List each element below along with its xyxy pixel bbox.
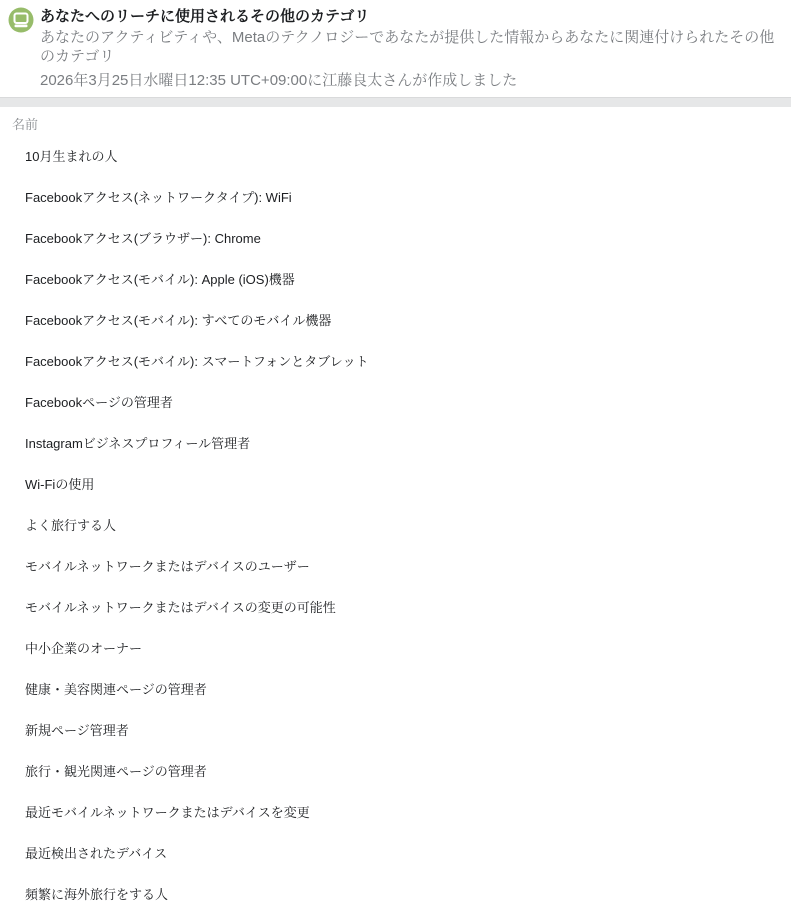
list-item-label: Facebookアクセス(モバイル): すべてのモバイル機器	[25, 310, 331, 329]
list-item-label: モバイルネットワークまたはデバイスのユーザー	[25, 556, 310, 575]
category-list: 10月生まれの人Facebookアクセス(ネットワークタイプ): WiFiFac…	[0, 135, 791, 914]
list-item-label: よく旅行する人	[25, 515, 116, 534]
page-description: あなたのアクティビティや、Metaのテクノロジーであなたが提供した情報からあなた…	[40, 28, 779, 66]
list-item: Facebookアクセス(モバイル): スマートフォンとタブレット	[0, 340, 791, 381]
list-item-label: Wi-Fiの使用	[25, 474, 94, 493]
list-item: Facebookアクセス(ブラウザー): Chrome	[0, 217, 791, 258]
monitor-icon	[8, 7, 34, 38]
list-item: Facebookアクセス(ネットワークタイプ): WiFi	[0, 176, 791, 217]
list-item: 頻繁に海外旅行をする人	[0, 873, 791, 914]
list-item: 旅行・観光関連ページの管理者	[0, 750, 791, 791]
list-item: モバイルネットワークまたはデバイスの変更の可能性	[0, 586, 791, 627]
list-item-label: Facebookアクセス(モバイル): スマートフォンとタブレット	[25, 351, 369, 370]
list-item-label: Facebookアクセス(モバイル): Apple (iOS)機器	[25, 269, 295, 288]
list-item-label: 頻繁に海外旅行をする人	[25, 884, 168, 903]
list-item-label: 最近モバイルネットワークまたはデバイスを変更	[25, 802, 310, 821]
page: あなたへのリーチに使用されるその他のカテゴリ あなたのアクティビティや、Meta…	[0, 0, 791, 918]
list-item-label: Facebookページの管理者	[25, 392, 173, 411]
list-item: よく旅行する人	[0, 504, 791, 545]
list-item: 最近モバイルネットワークまたはデバイスを変更	[0, 791, 791, 832]
list-item-label: 健康・美容関連ページの管理者	[25, 679, 207, 698]
list-item-label: Instagramビジネスプロフィール管理者	[25, 433, 250, 452]
divider	[0, 97, 791, 107]
header-text: あなたへのリーチに使用されるその他のカテゴリ あなたのアクティビティや、Meta…	[40, 8, 779, 90]
list-item-label: Facebookアクセス(ネットワークタイプ): WiFi	[25, 187, 292, 206]
list-item: Facebookアクセス(モバイル): すべてのモバイル機器	[0, 299, 791, 340]
list-item-label: 旅行・観光関連ページの管理者	[25, 761, 207, 780]
column-header-name: 名前	[0, 118, 791, 132]
page-title: あなたへのリーチに使用されるその他のカテゴリ	[40, 8, 779, 26]
list-item: 10月生まれの人	[0, 135, 791, 176]
category-header: あなたへのリーチに使用されるその他のカテゴリ あなたのアクティビティや、Meta…	[0, 0, 791, 97]
list-item: Instagramビジネスプロフィール管理者	[0, 422, 791, 463]
created-timestamp: 2026年3月25日水曜日12:35 UTC+09:00に江藤良太さんが作成しま…	[40, 72, 779, 90]
list-item-label: 最近検出されたデバイス	[25, 843, 167, 862]
list-item-label: モバイルネットワークまたはデバイスの変更の可能性	[25, 597, 336, 616]
list-item: Facebookページの管理者	[0, 381, 791, 422]
list-item: Facebookアクセス(モバイル): Apple (iOS)機器	[0, 258, 791, 299]
list-item-label: 新規ページ管理者	[25, 720, 129, 739]
list-item: 中小企業のオーナー	[0, 627, 791, 668]
list-item-label: 中小企業のオーナー	[25, 638, 142, 657]
list-item: Wi-Fiの使用	[0, 463, 791, 504]
list-item: 健康・美容関連ページの管理者	[0, 668, 791, 709]
list-item: モバイルネットワークまたはデバイスのユーザー	[0, 545, 791, 586]
list-item: 新規ページ管理者	[0, 709, 791, 750]
list-item: 最近検出されたデバイス	[0, 832, 791, 873]
list-item-label: Facebookアクセス(ブラウザー): Chrome	[25, 228, 261, 247]
list-item-label: 10月生まれの人	[25, 146, 117, 165]
categories-table: 名前 10月生まれの人Facebookアクセス(ネットワークタイプ): WiFi…	[0, 107, 791, 914]
